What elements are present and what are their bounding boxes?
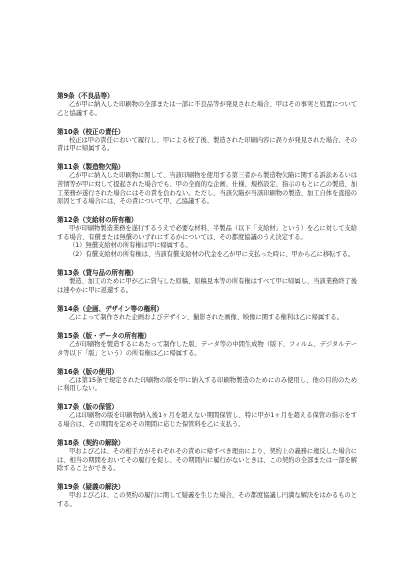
article-heading: 第17条（版の保管） [57,403,357,412]
article-9: 第9条（不良品等） 乙が甲に納入した印刷物の全部または一部に不良品等が発見された… [57,92,357,118]
article-body: 乙が印刷物を製造するにあたって制作した版、データ等の中間生成物（版下、フィルム、… [57,341,357,358]
article-heading: 第13条（貸与品の所有権） [57,269,357,278]
article-17: 第17条（版の保管） 乙は印刷物の版を印刷物納入後1ヶ月を超えない期間保管し、特… [57,403,357,429]
article-19: 第19条（疑義の解決） 甲および乙は、この契約の履行に関して疑義を生じた場合、そ… [57,483,357,509]
article-body: 乙は印刷物の版を印刷物納入後1ヶ月を超えない期間保管し、特に甲が1ヶ月を超える保… [57,412,357,429]
article-12: 第12条（支給材の所有権） 甲が印刷物製造業務を遂行するうえで必要な材料、半製品… [57,216,357,259]
article-16: 第16条（版の使用） 乙は第15条で規定された印刷物の版を甲に納入する印刷物製造… [57,368,357,394]
article-heading: 第19条（疑義の解決） [57,483,357,492]
article-body: 甲および乙は、その相手方がそれぞれその責めに帰すべき理由により、契約上の義務に違… [57,448,357,474]
article-15: 第15条（版・データの所有権） 乙が印刷物を製造するにあたって制作した版、データ… [57,332,357,358]
article-13: 第13条（貸与品の所有権） 製造、加工のために甲が乙に貸与した原稿、原稿見本等の… [57,269,357,295]
article-body: 校正は甲の責任において履行し、甲による校了後、製造された印刷内容に誤りが発見され… [57,137,357,154]
article-heading: 第15条（版・データの所有権） [57,332,357,341]
article-body: 製造、加工のために甲が乙に貸与した原稿、原稿見本等の所有権はすべて甲に帰属し、当… [57,278,357,295]
article-heading: 第18条（契約の解除） [57,439,357,448]
document-page: 第9条（不良品等） 乙が甲に納入した印刷物の全部または一部に不良品等が発見された… [57,92,357,519]
article-list-item: （1）無償支給材の所有権は甲に帰属する。 [57,242,357,251]
article-body: 乙が甲に納入した印刷物の全部または一部に不良品等が発見された場合、甲はその事実と… [57,101,357,118]
article-body: 甲および乙は、この契約の履行に関して疑義を生じた場合、その都度協議し円満な解決を… [57,492,357,509]
article-body: 甲が印刷物製造業務を遂行するうえで必要な材料、半製品（以下「支給材」という）を乙… [57,225,357,242]
article-14: 第14条（企画、デザイン等の権利） 乙によって制作された企画およびデザイン、撮影… [57,305,357,323]
article-10: 第10条（校正の責任） 校正は甲の責任において履行し、甲による校了後、製造された… [57,128,357,154]
article-heading: 第9条（不良品等） [57,92,357,101]
article-11: 第11条（製造物欠陥） 乙が甲に納入した印刷物に関して、当該印刷物を使用する第三… [57,163,357,206]
article-body: 乙が甲に納入した印刷物に関して、当該印刷物を使用する第三者から製造物欠陥に関する… [57,172,357,206]
article-body: 乙によって制作された企画およびデザイン、撮影された画像、映像に関する権利は乙に帰… [57,314,357,323]
article-body: 乙は第15条で規定された印刷物の版を甲に納入する印刷物製造のためにのみ使用し、他… [57,377,357,394]
article-heading: 第12条（支給材の所有権） [57,216,357,225]
article-heading: 第10条（校正の責任） [57,128,357,137]
article-heading: 第14条（企画、デザイン等の権利） [57,305,357,314]
article-18: 第18条（契約の解除） 甲および乙は、その相手方がそれぞれその責めに帰すべき理由… [57,439,357,474]
article-list-item: （2）有償支給材の所有権は、当該有償支給材の代金を乙が甲に支払った時に、甲から乙… [57,251,357,260]
article-heading: 第16条（版の使用） [57,368,357,377]
